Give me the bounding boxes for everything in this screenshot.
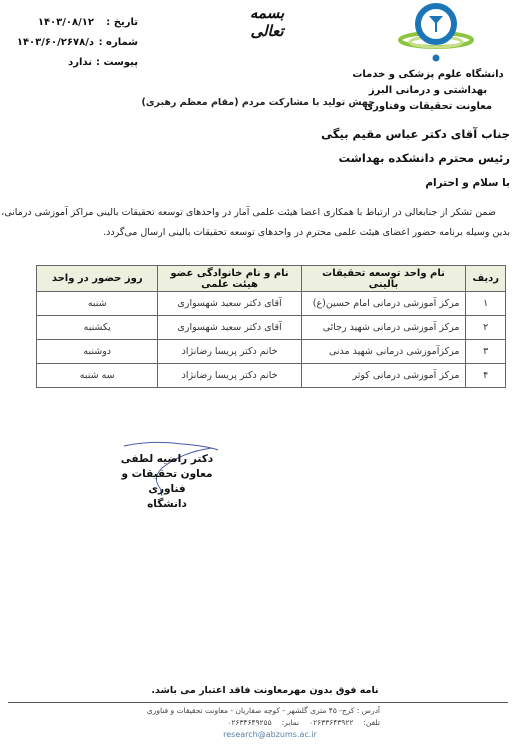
cell-unit: مرکز آموزشی درمانی امام حسین(ع) <box>301 292 466 316</box>
recipient-block: جناب آقای دکتر عباس مقیم بیگی رئیس محترم… <box>110 122 510 170</box>
letter-body: ضمن تشکر از جنابعالی در ارتباط با همکاری… <box>12 203 510 243</box>
number-label: شماره : <box>98 33 138 53</box>
meta-attachment: پیوست : ندارد <box>20 53 138 73</box>
table-row: ۳ مرکزآموزشی درمانی شهید مدنی خانم دکتر … <box>37 340 506 364</box>
footer-divider <box>8 702 508 703</box>
cell-unit: مرکزآموزشی درمانی شهید مدنی <box>301 340 466 364</box>
cell-day: سه شنبه <box>37 364 158 388</box>
slogan: جهش تولید با مشارکت مردم (مقام معظم رهبر… <box>175 97 375 108</box>
date-label: تاریخ : <box>98 13 138 33</box>
meta-number: شماره : ۱۴۰۳/د/۶۰/۲۶۷۸ <box>20 33 138 53</box>
signatory-name: دکتر راضیه لطفی <box>112 452 222 467</box>
table-row: ۱ مرکز آموزشی درمانی امام حسین(ع) آقای د… <box>37 292 506 316</box>
cell-day: دوشنبه <box>37 340 158 364</box>
footer-contact: آدرس : کرج- ۴۵ متری گلشهر - کوچه صفاریان… <box>140 705 380 729</box>
cell-member: آقای دکتر سعید شهسواری <box>158 316 301 340</box>
table-row: ۲ مرکز آموزشی درمانی شهید رجائی آقای دکت… <box>37 316 506 340</box>
cell-day: یکشنبه <box>37 316 158 340</box>
cell-row-no: ۱ <box>466 292 506 316</box>
cell-row-no: ۲ <box>466 316 506 340</box>
cell-row-no: ۳ <box>466 340 506 364</box>
attachment-value: ندارد <box>68 53 92 73</box>
table-row: ۴ مرکز آموزشی درمانی کوثر خانم دکتر پریس… <box>37 364 506 388</box>
fax-label: نمابر: <box>282 717 299 729</box>
number-value: ۱۴۰۳/د/۶۰/۲۶۷۸ <box>17 33 94 53</box>
table-header-row: ردیف نام واحد توسعه تحقیقات بالینی نام و… <box>37 266 506 292</box>
header-day: روز حضور در واحد <box>37 266 158 292</box>
body-line: بدین وسیله برنامه حضور اعضای هیئت علمی م… <box>12 223 510 243</box>
cell-member: خانم دکتر پریسا رضانژاد <box>158 364 301 388</box>
cell-member: آقای دکتر سعید شهسواری <box>158 292 301 316</box>
schedule-table: ردیف نام واحد توسعه تحقیقات بالینی نام و… <box>36 265 506 388</box>
greeting: با سلام و احترام <box>425 177 510 189</box>
recipient-title: رئیس محترم دانشکده بهداشت <box>110 146 510 170</box>
cell-unit: مرکز آموزشی درمانی کوثر <box>301 364 466 388</box>
phone-number: ۰۲۶۳۳۶۴۳۹۲۲ <box>309 717 353 729</box>
cell-day: شنبه <box>37 292 158 316</box>
cell-unit: مرکز آموزشی درمانی شهید رجائی <box>301 316 466 340</box>
signatory-title: معاون تحقیقات و فناوری <box>112 467 222 497</box>
footer-phones: تلفن: ۰۲۶۳۳۶۴۳۹۲۲ نمابر: ۰۲۶۳۴۶۴۹۲۵۵ <box>140 717 380 729</box>
cell-member: خانم دکتر پریسا رضانژاد <box>158 340 301 364</box>
basmala-heading: بسمه تعالی <box>232 4 302 30</box>
body-line: ضمن تشکر از جنابعالی در ارتباط با همکاری… <box>12 203 510 223</box>
footer-email-link[interactable]: research@abzums.ac.ir <box>200 730 340 739</box>
signature-block: دکتر راضیه لطفی معاون تحقیقات و فناوری د… <box>112 452 222 512</box>
cell-row-no: ۴ <box>466 364 506 388</box>
recipient-name: جناب آقای دکتر عباس مقیم بیگی <box>110 122 510 146</box>
header-row-no: ردیف <box>466 266 506 292</box>
letter-meta: تاریخ : ۱۴۰۳/۰۸/۱۲ شماره : ۱۴۰۳/د/۶۰/۲۶۷… <box>20 13 138 73</box>
fax-number: ۰۲۶۳۴۶۴۹۲۵۵ <box>227 717 271 729</box>
footer-address: آدرس : کرج- ۴۵ متری گلشهر - کوچه صفاریان… <box>140 705 380 717</box>
meta-date: تاریخ : ۱۴۰۳/۰۸/۱۲ <box>20 13 138 33</box>
validity-note: نامه فوق بدون مهرمعاونت فاقد اعتبار می ب… <box>0 685 530 696</box>
signatory-org: دانشگاه <box>112 497 222 512</box>
header-unit: نام واحد توسعه تحقیقات بالینی <box>301 266 466 292</box>
university-logo-icon <box>398 2 474 64</box>
attachment-label: پیوست : <box>96 53 138 73</box>
phone-label: تلفن: <box>363 717 380 729</box>
header-member: نام و نام خانوادگی عضو هیئت علمی <box>158 266 301 292</box>
date-value: ۱۴۰۳/۰۸/۱۲ <box>38 13 94 33</box>
organization-line: دانشگاه علوم پزشکی و خدمات <box>348 67 508 83</box>
